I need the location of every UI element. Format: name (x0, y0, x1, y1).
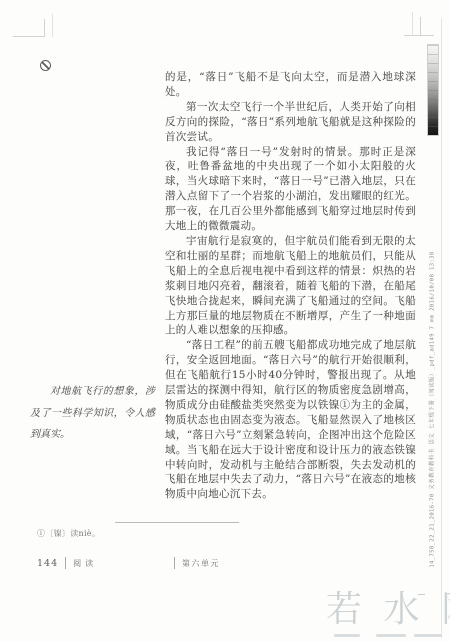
footnote-divider (115, 522, 239, 523)
footer-unit-label: 第六单元 (182, 558, 220, 569)
registration-dot-icon (40, 60, 51, 71)
crop-mark-icon (404, 35, 434, 36)
page-number: 144 (37, 558, 58, 569)
prepress-metadata-text: 14_758_22_21_2016-70 义务教育教科书 语文 七年级下册（阅读… (428, 221, 439, 599)
footnote-text: ①〔镍〕读niè。 (37, 528, 100, 539)
watermark-text: 若 水 网 (326, 590, 450, 630)
body-paragraph: 我记得“落日一号”发射时的情景。那时正是深夜，吐鲁番盆地的中央出现了一个如小太阳… (165, 145, 416, 234)
crop-mark-icon (13, 36, 45, 37)
crop-mark-icon (412, 12, 413, 36)
watermark-subtext (414, 634, 442, 637)
footer-left: 144 阅读 (37, 557, 97, 569)
body-paragraph: 宇宙航行是寂寞的，但宇航员们能看到无限的太空和壮丽的星群；而地航飞船上的地航员们… (165, 234, 416, 338)
body-text-column: 的是，“落日”飞船不是飞向太空，而是潜入地球深处。 第一次太空飞行一个半世纪后，… (165, 70, 416, 502)
footer-unit-group: 第六单元 (167, 557, 220, 569)
footer-divider (65, 557, 66, 569)
watermark-subtext (334, 634, 360, 637)
footer-divider (174, 557, 175, 569)
crop-mark-icon (52, 14, 53, 37)
scanned-textbook-page: 14_758_22_21_2016-70 义务教育教科书 语文 七年级下册（阅读… (0, 0, 450, 642)
body-paragraph: 的是，“落日”飞船不是飞向太空，而是潜入地球深处。 (165, 70, 416, 100)
grayscale-calibration-strip (427, 44, 439, 136)
body-paragraph: 第一次太空飞行一个半世纪后，人类开始了向相反方向的探险，“落日”系列地航飞船就是… (165, 100, 416, 145)
margin-note: 对地航飞行的想象，涉及了一些科学知识，令人感到真实。 (30, 381, 155, 446)
watermark-badge (418, 589, 425, 595)
crop-mark-icon (44, 19, 45, 37)
page-edge-line (441, 18, 442, 638)
watermark-subtext (376, 634, 406, 637)
crop-mark-icon (420, 17, 421, 36)
footer-section-label: 阅读 (73, 558, 97, 569)
body-paragraph: “落日工程”的前五艘飞船都成功地完成了地层航行，安全返回地面。“落日六号”的航行… (165, 338, 416, 502)
